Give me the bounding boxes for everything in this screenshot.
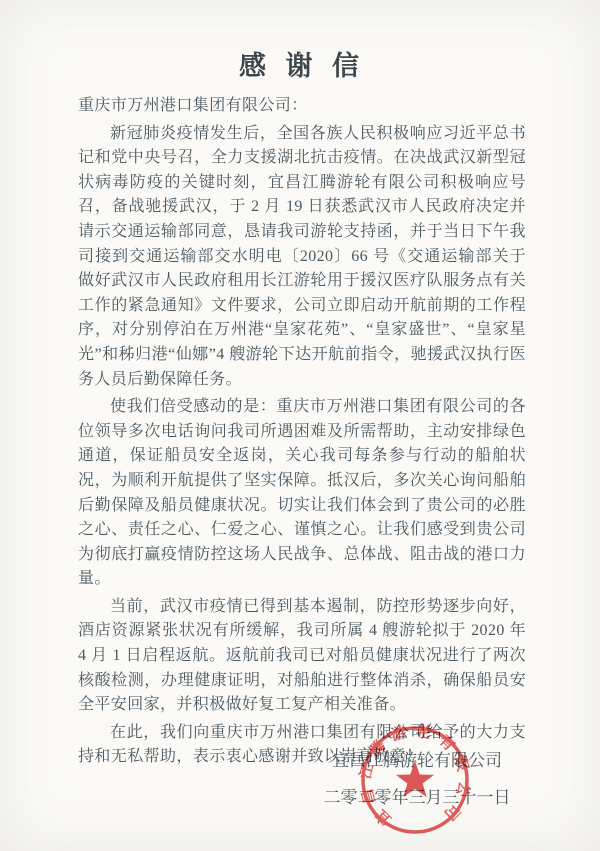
paragraph-1: 新冠肺炎疫情发生后，全国各族人民积极响应习近平总书记和党中央号召，全力支援湖北抗… bbox=[78, 122, 526, 393]
signature-date: 二零二零年三月三十一日 bbox=[302, 783, 532, 808]
letter-content: 感 谢 信 重庆市万州港口集团有限公司： 新冠肺炎疫情发生后，全国各族人民积极响… bbox=[78, 44, 526, 770]
paragraph-2: 使我们倍受感动的是：重庆市万州港口集团有限公司的各位领导多次电话询问我司所遇困难… bbox=[78, 395, 526, 592]
paragraph-3: 当前，武汉市疫情已得到基本遏制，防控形势逐步向好，酒店资源紧张状况有所缓解，我司… bbox=[78, 595, 526, 718]
letter-body: 重庆市万州港口集团有限公司： 新冠肺炎疫情发生后，全国各族人民积极响应习近平总书… bbox=[78, 94, 526, 770]
letter-page: 感 谢 信 重庆市万州港口集团有限公司： 新冠肺炎疫情发生后，全国各族人民积极响… bbox=[0, 0, 600, 851]
closing-block: 宜昌江腾游轮有限公司 二零二零年三月三十一日 bbox=[302, 746, 532, 808]
signature-company: 宜昌江腾游轮有限公司 bbox=[302, 746, 532, 771]
letter-title: 感 谢 信 bbox=[78, 44, 526, 83]
salutation: 重庆市万州港口集团有限公司： bbox=[78, 94, 526, 119]
